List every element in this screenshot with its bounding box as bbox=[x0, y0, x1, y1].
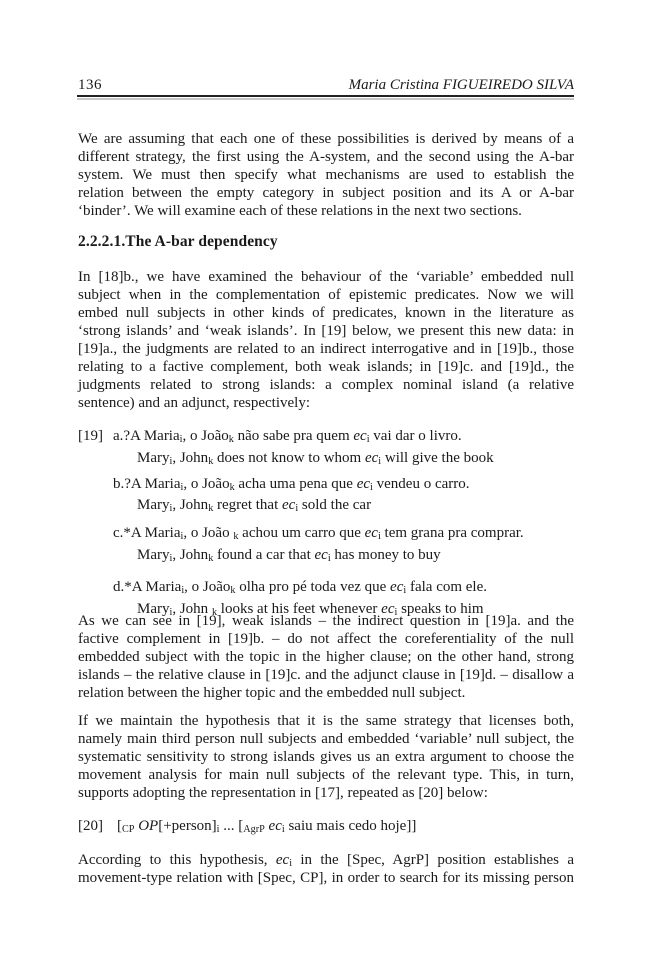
text-line: judgments related to strong islands: a c… bbox=[78, 376, 574, 394]
example-19d-sentence: d.*A Mariai, o Joãok olha pro pé toda ve… bbox=[78, 578, 574, 600]
italic-text: ec bbox=[353, 428, 366, 444]
example-19b: b.?A Mariai, o Joãok acha uma pena que e… bbox=[78, 475, 574, 519]
italic-text: ec bbox=[365, 525, 378, 541]
text-segment: vai dar o livro. bbox=[370, 428, 462, 444]
text-segment: , John bbox=[172, 450, 208, 466]
text-line: sentence) and an adjunct, respectively: bbox=[78, 394, 574, 412]
text-segment: , John bbox=[172, 497, 208, 513]
example-19a-gloss: Maryi, Johnk does not know to whom eci w… bbox=[78, 449, 574, 471]
header-rule bbox=[77, 95, 574, 97]
text-segment: regret that bbox=[213, 497, 282, 513]
text-line: different strategy, the first using the … bbox=[78, 148, 574, 166]
subscript-index: AgrP bbox=[243, 824, 265, 835]
text-segment: achou um carro que bbox=[238, 525, 364, 541]
text-segment: b.?A Maria bbox=[113, 476, 180, 492]
text-segment: found a car that bbox=[213, 547, 314, 563]
italic-text: ec bbox=[365, 450, 378, 466]
text-line: movement analysis for main null subjects… bbox=[78, 766, 574, 784]
text-segment: sold the car bbox=[298, 497, 371, 513]
text-segment: has money to buy bbox=[331, 547, 441, 563]
example-19b-sentence: b.?A Mariai, o Joãok acha uma pena que e… bbox=[78, 475, 574, 497]
page-number: 136 bbox=[78, 77, 102, 94]
text-segment: [+person] bbox=[158, 818, 216, 834]
text-line: relation between the higher topic and th… bbox=[78, 684, 574, 702]
example-19a: a.?A Mariai, o Joãok não sabe pra quem e… bbox=[78, 427, 574, 471]
paragraph-islands-intro: In [18]b., we have examined the behaviou… bbox=[78, 268, 574, 412]
text-line: If we maintain the hypothesis that it is… bbox=[78, 712, 574, 730]
text-segment: fala com ele. bbox=[406, 579, 487, 595]
text-segment: According to this hypothesis, bbox=[78, 852, 276, 868]
text-line: According to this hypothesis, eci in the… bbox=[78, 851, 574, 869]
paragraph-hypothesis: If we maintain the hypothesis that it is… bbox=[78, 712, 574, 802]
text-segment: , o João bbox=[184, 579, 230, 595]
paragraph-conclusion: According to this hypothesis, eci in the… bbox=[78, 851, 574, 887]
text-line: namely main third person null subjects a… bbox=[78, 730, 574, 748]
running-header: 136 Maria Cristina FIGUEIREDO SILVA bbox=[78, 77, 574, 94]
text-segment: , o João bbox=[183, 476, 229, 492]
text-segment: does not know to whom bbox=[213, 450, 365, 466]
italic-text: ec bbox=[390, 579, 403, 595]
text-segment: d.*A Maria bbox=[113, 579, 181, 595]
text-line: relation between the empty category in s… bbox=[78, 184, 574, 202]
example-19a-sentence: a.?A Mariai, o Joãok não sabe pra quem e… bbox=[78, 427, 574, 449]
text-line: subject when in the complementation of e… bbox=[78, 286, 574, 304]
text-line: ‘binder’. We will examine each of these … bbox=[78, 202, 574, 220]
text-line: supports adopting the representation in … bbox=[78, 784, 574, 802]
example-19-body: a.?A Mariai, o Joãok não sabe pra quem e… bbox=[78, 427, 574, 622]
example-20-formula: [CP OP[+person]i ... [AgrP eci saiu mais… bbox=[78, 817, 574, 839]
section-heading: 2.2.2.1.The A-bar dependency bbox=[78, 233, 574, 251]
text-line: [19]a., the judgments are related to an … bbox=[78, 340, 574, 358]
text-line: In [18]b., we have examined the behaviou… bbox=[78, 268, 574, 286]
example-19c-gloss: Maryi, Johnk found a car that eci has mo… bbox=[78, 546, 574, 568]
text-segment: acha uma pena que bbox=[235, 476, 357, 492]
text-segment: ... [ bbox=[220, 818, 244, 834]
text-line: islands – the relative clause in [19]c. … bbox=[78, 666, 574, 684]
example-19b-gloss: Maryi, Johnk regret that eci sold the ca… bbox=[78, 496, 574, 518]
text-segment: saiu mais cedo hoje]] bbox=[285, 818, 417, 834]
text-segment: a.?A Maria bbox=[113, 428, 180, 444]
text-line: We are assuming that each one of these p… bbox=[78, 130, 574, 148]
text-segment: não sabe pra quem bbox=[234, 428, 354, 444]
italic-text: ec bbox=[282, 497, 295, 513]
example-19c: c.*A Mariai, o João k achou um carro que… bbox=[78, 524, 574, 568]
scanned-page: 136 Maria Cristina FIGUEIREDO SILVA We a… bbox=[0, 0, 650, 965]
text-segment: olha pro pé toda vez que bbox=[236, 579, 391, 595]
text-line: As we can see in [19], weak islands – th… bbox=[78, 612, 574, 630]
text-line: system. We must then specify what mechan… bbox=[78, 166, 574, 184]
paragraph-intro: We are assuming that each one of these p… bbox=[78, 130, 574, 220]
running-head-author: Maria Cristina FIGUEIREDO SILVA bbox=[349, 77, 574, 94]
text-segment: in the [Spec, AgrP] position establishes… bbox=[292, 852, 574, 868]
italic-text: ec bbox=[276, 852, 289, 868]
italic-text: ec bbox=[315, 547, 328, 563]
text-segment: , o João bbox=[182, 428, 228, 444]
text-segment: , John bbox=[172, 547, 208, 563]
example-19c-sentence: c.*A Mariai, o João k achou um carro que… bbox=[78, 524, 574, 546]
text-line: movement-type relation with [Spec, CP], … bbox=[78, 869, 574, 887]
text-line: ‘strong islands’ and ‘weak islands’. In … bbox=[78, 322, 574, 340]
example-20-label: [20] bbox=[78, 817, 103, 835]
text-segment: will give the book bbox=[381, 450, 494, 466]
italic-text: OP bbox=[138, 818, 158, 834]
text-line: systematic sensitivity to strong islands… bbox=[78, 748, 574, 766]
example-19-label: [19] bbox=[78, 427, 103, 445]
text-line: embed null subjects in other kinds of pr… bbox=[78, 304, 574, 322]
text-segment: Mary bbox=[137, 450, 170, 466]
example-19: [19] a.?A Mariai, o Joãok não sabe pra q… bbox=[78, 427, 574, 622]
text-segment: tem grana pra comprar. bbox=[381, 525, 524, 541]
italic-text: ec bbox=[269, 818, 282, 834]
text-segment: movement-type relation with [Spec, CP], … bbox=[78, 870, 574, 886]
text-segment: vendeu o carro. bbox=[373, 476, 470, 492]
text-segment: c.*A Maria bbox=[113, 525, 180, 541]
subscript-index: CP bbox=[122, 824, 134, 835]
example-20: [20] [CP OP[+person]i ... [AgrP eci saiu… bbox=[78, 817, 574, 839]
italic-text: ec bbox=[357, 476, 370, 492]
text-segment: , o João bbox=[183, 525, 233, 541]
text-segment: Mary bbox=[137, 497, 170, 513]
text-line: relating to a factive complement, both w… bbox=[78, 358, 574, 376]
text-line: factive complement in [19]b. – do not af… bbox=[78, 630, 574, 648]
text-segment: Mary bbox=[137, 547, 170, 563]
text-line: embedded subject with the topic in the h… bbox=[78, 648, 574, 666]
paragraph-weak-strong-islands: As we can see in [19], weak islands – th… bbox=[78, 612, 574, 702]
